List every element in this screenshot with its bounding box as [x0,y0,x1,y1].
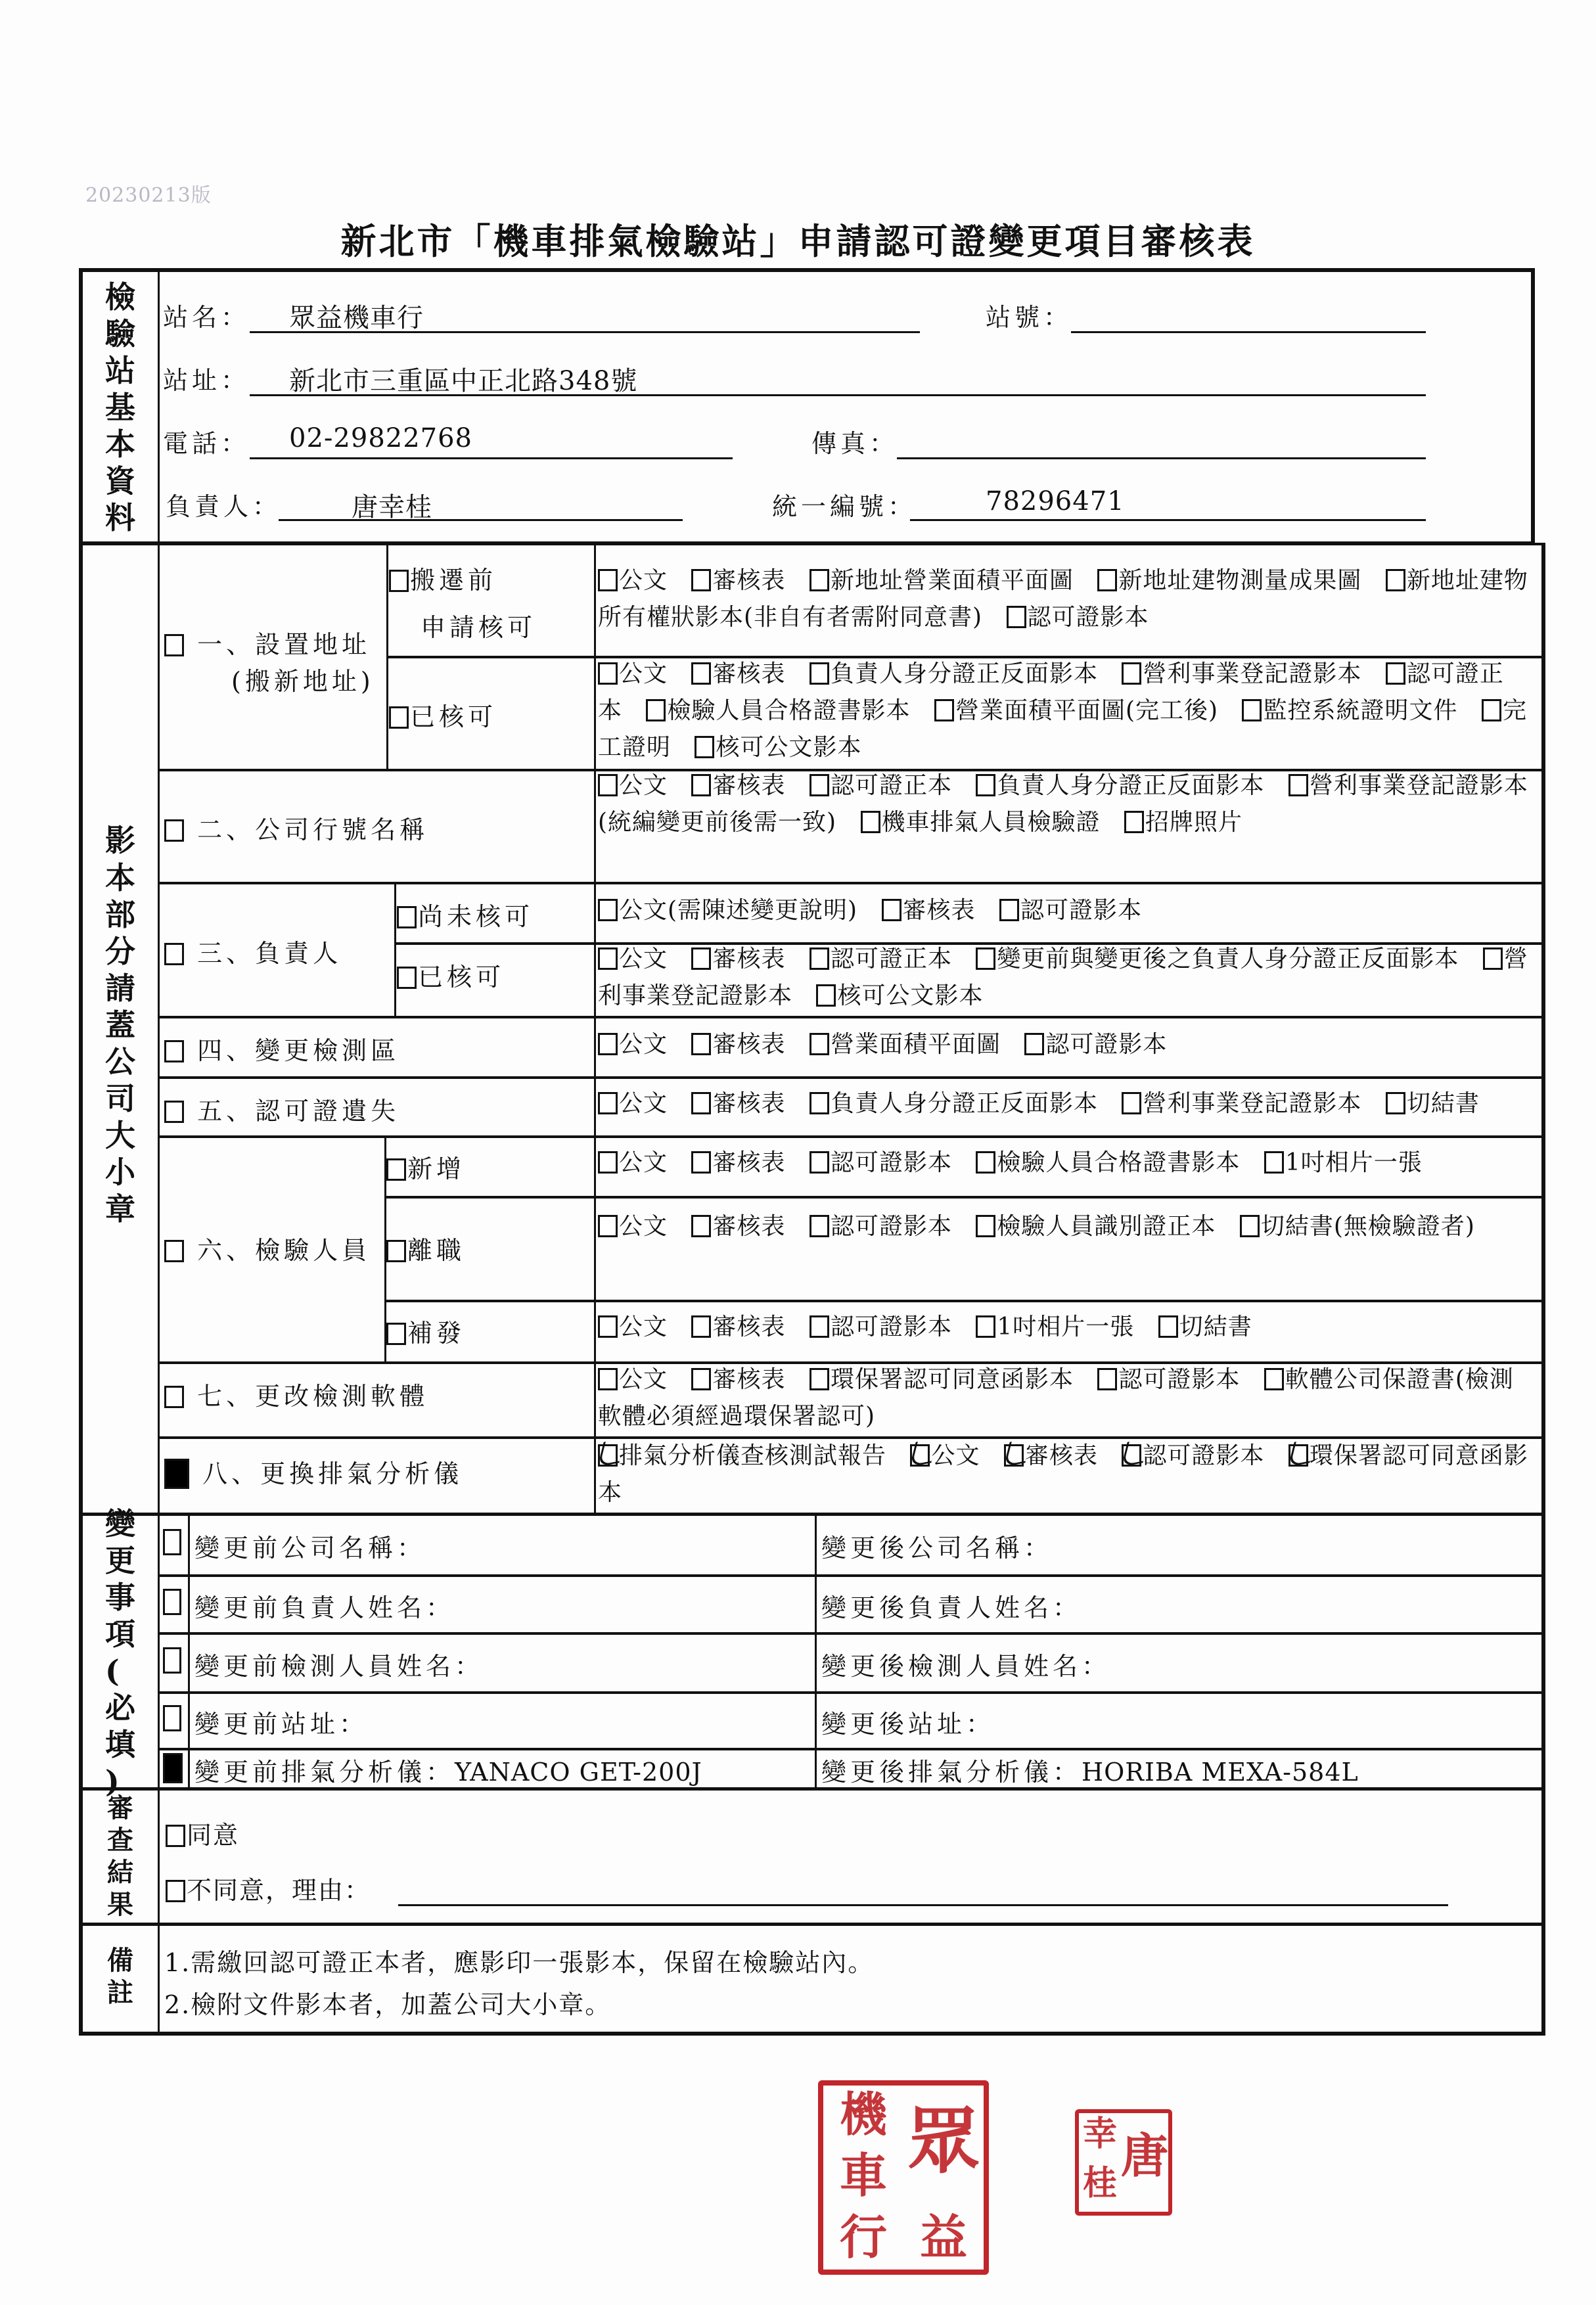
checkbox-icon[interactable] [598,774,618,796]
change-before-label: 變更前負責人姓名： [194,1593,455,1622]
doc-checklist-label: 變更前與變更後之負責人身分證正反面影本 [997,946,1459,972]
vertical-label-char: 結 [107,1857,133,1889]
sub-3a[interactable]: 尚未核可 [397,896,534,932]
doc-checklist-label: 認可證影本 [1045,1031,1167,1058]
doc-checklist-item[interactable]: 招牌照片 [1124,809,1243,836]
checkbox-icon[interactable] [691,947,711,970]
checkbox-icon[interactable] [598,1215,618,1237]
item-2-company-name[interactable]: 二、公司行號名稱 [164,810,428,846]
doc-checklist-item[interactable]: 公文 [598,1213,668,1240]
checkbox-icon[interactable] [1483,947,1503,970]
doc-checklist-item[interactable]: 公文 [598,660,668,687]
change-before-field[interactable]: 變更前檢測人員姓名： [194,1646,484,1682]
change-before-label: 變更前檢測人員姓名： [194,1652,484,1681]
doc-checklist-item[interactable]: 審核表 [691,1366,785,1393]
sub-6c-checkbox[interactable] [386,1323,406,1345]
doc-checklist-label: 審核表 [712,772,785,799]
vertical-label-char: 司 [105,1080,135,1117]
sub-6b[interactable]: 離職 [386,1230,465,1266]
doc-checklist-label: 認可證影本 [831,1213,952,1240]
vertical-label-char: 事 [105,1579,135,1616]
phone-field[interactable]: 02-29822768 [289,423,472,453]
doc-checklist-label: 公文 [619,772,668,799]
checkbox-icon[interactable] [809,1092,829,1114]
doc-checklist-label: 公文(需陳述變更說明) [619,897,857,924]
doc-checklist-item[interactable]: 公文(需陳述變更說明) [598,897,857,924]
checkbox-icon[interactable] [691,1368,711,1390]
doc-checklist-label: 營利事業登記證影本 [1143,660,1361,687]
change-after-value[interactable]: HORIBA MEXA-584L [1082,1758,1359,1787]
doc-checklist-label: 營業面積平面圖(完工後) [955,697,1218,724]
checkbox-icon[interactable] [1264,1151,1284,1174]
owner-label: 負責人： [166,486,281,522]
vertical-label-char: 填 [105,1726,135,1763]
vertical-label-char: 基 [105,389,135,426]
checkbox-icon[interactable] [1124,811,1144,833]
doc-checklist-item[interactable]: 切結書 [1158,1313,1252,1340]
disagree-option[interactable]: 不同意，理由： [166,1870,371,1906]
item-2-checkbox[interactable] [164,819,184,842]
tax-id-field[interactable]: 78296471 [986,486,1125,516]
owner-field[interactable]: 唐幸桂 [352,486,432,524]
checkbox-icon[interactable] [598,662,618,685]
doc-checklist-label: 公文 [619,1149,668,1176]
doc-checklist-item[interactable]: 1吋相片一張 [976,1313,1134,1340]
item-4-checkbox[interactable] [164,1040,184,1062]
doc-checklist-item[interactable]: 負責人身分證正反面影本 [809,660,1098,687]
agree-checkbox[interactable] [166,1825,185,1847]
checkbox-icon[interactable] [809,774,829,796]
change-row-checkbox[interactable] [163,1529,181,1555]
address-label: 站址： [163,360,250,396]
doc-checklist-label: 認可證影本 [1028,604,1149,631]
checkbox-icon[interactable] [809,1033,829,1055]
item-3-owner[interactable]: 三、負責人 [164,933,342,969]
change-before-field[interactable]: 變更前公司名稱： [194,1528,426,1564]
doc-checklist-label: 公文 [619,946,668,972]
doc-checklist-label: 審核表 [712,1090,785,1117]
checkbox-icon[interactable] [976,947,995,970]
change-row-checkbox[interactable] [163,1705,181,1731]
vertical-label-char: 公 [105,1043,135,1080]
checkbox-icon[interactable] [1122,662,1141,685]
checkbox-icon[interactable] [861,811,880,833]
item-1-checkbox[interactable] [164,634,184,656]
vertical-label-char: 資 [105,463,135,499]
doc-checklist-item[interactable]: 變更前與變更後之負責人身分證正反面影本 [976,946,1459,972]
change-before-label: 變更前公司名稱： [194,1534,426,1563]
checkbox-icon[interactable] [691,1215,711,1237]
checkbox-icon[interactable] [646,699,666,721]
checkbox-icon[interactable] [691,1092,711,1114]
checkbox-icon[interactable] [1158,1315,1178,1338]
doc-checklist-item[interactable]: 新地址營業面積平面圖 [809,567,1074,594]
checkbox-checked-icon[interactable] [1288,1444,1308,1467]
doc-checklist-item[interactable]: 認可證影本 [1122,1442,1264,1469]
change-after-label: 變更後檢測人員姓名： [821,1652,1110,1681]
item-8-docs: 排氣分析儀查核測試報告 公文 審核表 認可證影本 環保署認可同意函影本 [598,1438,1538,1511]
item-7-checkbox[interactable] [164,1386,184,1408]
doc-checklist-label: 切結書 [1179,1313,1252,1340]
note-2: 2.檢附文件影本者，加蓋公司大小章。 [164,1984,611,2020]
doc-checklist-label: 公文 [619,1313,668,1340]
copies-label: 影本部分請蓋公司大小章 [83,815,158,1235]
doc-checklist-item[interactable]: 公文 [598,1149,668,1176]
checkbox-icon[interactable] [598,1315,618,1338]
checkbox-icon[interactable] [1264,1368,1284,1390]
doc-checklist-label: 核可公文影本 [716,734,861,761]
change-before-field[interactable]: 變更前負責人姓名： [194,1587,455,1624]
owner-seal-stamp: 幸桂唐 [1075,2109,1172,2216]
doc-checklist-item[interactable]: 認可證影本 [1007,604,1149,631]
doc-checklist-item[interactable]: 公文 [598,1313,668,1340]
seal-char: 眾 [903,2086,984,2208]
doc-checklist-item[interactable]: 機車排氣人員檢驗證 [861,809,1101,836]
doc-checklist-label: 招牌照片 [1145,809,1243,836]
item-3b-docs: 公文 審核表 認可證正本 變更前與變更後之負責人身分證正反面影本 營利事業登記證… [598,941,1538,1015]
doc-checklist-label: 新地址營業面積平面圖 [831,567,1074,594]
doc-checklist-label: 機車排氣人員檢驗證 [882,809,1101,836]
item-3-checkbox[interactable] [164,943,184,965]
doc-checklist-item[interactable]: 監控系統證明文件 [1242,697,1457,724]
agree-option[interactable]: 同意 [166,1815,239,1851]
doc-checklist-item[interactable]: 認可證影本 [809,1149,952,1176]
change-before-label: 變更前站址： [194,1710,368,1739]
doc-checklist-label: 審核表 [1025,1442,1098,1469]
doc-checklist-item[interactable]: 審核表 [691,946,785,972]
note-1: 1.需繳回認可證正本者，應影印一張影本，保留在檢驗站內。 [164,1942,874,1978]
seal-char: 行 [823,2208,903,2270]
checkbox-icon[interactable] [1007,606,1026,628]
doc-checklist-label: 營業面積平面圖 [831,1031,1001,1058]
checkbox-icon[interactable] [691,1033,711,1055]
doc-checklist-label: 審核表 [712,946,785,972]
doc-checklist-label: 核可公文影本 [837,982,983,1009]
item-6c-docs: 公文 審核表 認可證影本 1吋相片一張 切結書 [598,1309,1268,1346]
checkbox-icon[interactable] [598,1092,618,1114]
checkbox-icon[interactable] [691,662,711,685]
item-1-address[interactable]: 一、設置地址 [164,624,371,660]
vertical-label-char: 分 [105,933,135,970]
item-3a-docs: 公文(需陳述變更說明) 審核表 認可證影本 [598,892,1538,929]
sub-3b[interactable]: 已核可 [397,957,505,993]
vertical-label-char: 檢 [105,279,135,315]
sub-1a-checkbox[interactable] [389,570,409,592]
doc-checklist-item[interactable]: 檢驗人員合格證書影本 [976,1149,1240,1176]
change-row-checkbox[interactable] [163,1753,183,1783]
vertical-label-char: 果 [107,1889,133,1921]
checkbox-icon[interactable] [976,1151,995,1174]
checkbox-icon[interactable] [691,1151,711,1174]
review-label: 審查結果 [83,1792,158,1921]
doc-checklist-item[interactable]: 公文 [598,946,668,972]
sub-6a-checkbox[interactable] [386,1158,406,1181]
item-1-sublabel: (搬新地址) [231,661,375,697]
doc-checklist-item[interactable]: 營利事業登記證影本 [1122,660,1361,687]
doc-checklist-item[interactable]: 核可公文影本 [695,734,861,761]
page-title: 新北市「機車排氣檢驗站」申請認可證變更項目審核表 [0,214,1596,264]
checkbox-icon[interactable] [1122,1092,1141,1114]
checkbox-icon[interactable] [1386,1092,1405,1114]
doc-checklist-label: 公文 [619,660,668,687]
vertical-label-char: 大 [105,1117,135,1154]
doc-checklist-item[interactable]: 公文 [598,1031,668,1058]
doc-checklist-item[interactable]: 核可公文影本 [816,982,983,1009]
doc-checklist-item[interactable]: 審核表 [691,1149,785,1176]
doc-checklist-label: 切結書 [1407,1090,1480,1117]
phone-label: 電話： [163,423,250,459]
checkbox-icon[interactable] [976,1215,995,1237]
sub-6a[interactable]: 新增 [386,1149,465,1185]
checkbox-icon[interactable] [809,947,829,970]
checkbox-icon[interactable] [999,899,1019,921]
item-6-inspectors[interactable]: 六、檢驗人員 [164,1230,371,1266]
checkbox-icon[interactable] [882,899,901,921]
change-after-label: 變更後負責人姓名： [821,1593,1082,1622]
checkbox-icon[interactable] [976,1315,995,1338]
checkbox-icon[interactable] [1288,774,1308,796]
vertical-label-char: 必 [105,1689,135,1726]
company-seal-stamp: 機車行眾益 [818,2080,989,2275]
checkbox-icon[interactable] [934,699,954,721]
item-1b-docs: 公文 審核表 負責人身分證正反面影本 營利事業登記證影本 認可證正本 檢驗人員合… [598,656,1538,766]
sub-6b-checkbox[interactable] [386,1240,406,1262]
checkbox-icon[interactable] [809,1368,829,1390]
checkbox-icon[interactable] [695,736,714,758]
vertical-label-char: 本 [105,859,135,896]
checkbox-icon[interactable] [809,569,829,591]
doc-checklist-label: 認可證影本 [1143,1442,1264,1469]
checkbox-icon[interactable] [1386,662,1405,685]
item-6b-docs: 公文 審核表 認可證影本 檢驗人員識別證正本 切結書(無檢驗證者) [598,1204,1538,1250]
doc-checklist-item[interactable]: 認可證影本 [809,1313,952,1340]
item-7-docs: 公文 審核表 環保署認可同意函影本 認可證影本 軟體公司保證書(檢測軟體必須經過… [598,1361,1538,1435]
doc-checklist-label: 公文 [619,1366,668,1393]
checkbox-icon[interactable] [816,984,836,1007]
doc-checklist-item[interactable]: 切結書(無檢驗證者) [1240,1213,1475,1240]
change-before-value[interactable]: YANACO GET-200J [455,1758,702,1787]
doc-checklist-item[interactable]: 認可證影本 [1097,1366,1240,1393]
doc-checklist-label: 公文 [619,567,668,594]
doc-checklist-item[interactable]: 營利事業登記證影本 [1122,1090,1361,1117]
doc-checklist-label: 1吋相片一張 [997,1313,1134,1340]
station-name-field[interactable]: 眾益機車行 [289,297,424,334]
seal-char: 桂 [1079,2162,1121,2212]
doc-checklist-label: 排氣分析儀查核測試報告 [619,1442,886,1469]
doc-checklist-item[interactable]: 排氣分析儀查核測試報告 [598,1442,886,1469]
sub-3a-checkbox[interactable] [397,906,417,928]
checkbox-checked-icon[interactable] [1004,1444,1024,1467]
item-5-checkbox[interactable] [164,1101,184,1123]
checkbox-icon[interactable] [598,899,618,921]
doc-checklist-item[interactable]: 新地址建物測量成果圖 [1097,567,1361,594]
sub-1a-line2: 申請核可 [421,607,536,643]
vertical-label-char: 料 [105,499,135,536]
doc-checklist-label: 檢驗人員合格證書影本 [667,697,910,724]
sub-1a[interactable]: 搬遷前 [389,560,497,596]
item-6-checkbox[interactable] [164,1240,184,1262]
doc-checklist-item[interactable]: 審核表 [691,567,785,594]
doc-checklist-item[interactable]: 認可證正本 [809,772,952,799]
item-2-docs: 公文 審核表 認可證正本 負責人身分證正反面影本 營利事業登記證影本(統編變更前… [598,767,1538,841]
doc-checklist-label: 檢驗人員識別證正本 [997,1213,1216,1240]
doc-checklist-label: 審核表 [712,567,785,594]
checkbox-icon[interactable] [1097,569,1117,591]
disagree-checkbox[interactable] [166,1880,185,1902]
doc-checklist-item[interactable]: 審核表 [691,1090,785,1117]
doc-checklist-label: 1吋相片一張 [1285,1149,1423,1176]
change-after-field[interactable]: 變更後公司名稱： [821,1528,1053,1564]
sub-3b-checkbox[interactable] [397,967,417,989]
checkbox-icon[interactable] [691,774,711,796]
change-after-field[interactable]: 變更後檢測人員姓名： [821,1646,1110,1682]
checkbox-icon[interactable] [809,1215,829,1237]
vertical-label-char: 項 [105,1616,135,1653]
doc-checklist-item[interactable]: 公文 [598,1366,668,1393]
doc-checklist-item[interactable]: 審核表 [882,897,976,924]
item-5-cert-lost[interactable]: 五、認可證遺失 [164,1091,399,1127]
basic-info-label: 檢驗站基本資料 [83,272,158,543]
doc-checklist-item[interactable]: 認可證影本 [809,1213,952,1240]
checkbox-checked-icon[interactable] [1122,1444,1141,1467]
doc-checklist-label: 公文 [619,1031,668,1058]
doc-checklist-label: 新地址建物測量成果圖 [1118,567,1361,594]
station-name-label: 站名： [163,297,250,333]
doc-checklist-label: 認可證影本 [831,1149,952,1176]
item-8-analyzer[interactable]: 八、更換排氣分析儀 [164,1453,463,1490]
vertical-label-char: 審 [107,1792,133,1825]
doc-checklist-item[interactable]: 檢驗人員識別證正本 [976,1213,1216,1240]
doc-checklist-label: 監控系統證明文件 [1263,697,1457,724]
vertical-label-char: 部 [105,896,135,933]
vertical-label-char: 更 [105,1542,135,1579]
sub-1b-checkbox[interactable] [389,706,409,729]
checkbox-icon[interactable] [809,1315,829,1338]
vertical-label-char: 蓋 [105,1007,135,1043]
doc-checklist-item[interactable]: 認可證正本 [809,946,952,972]
doc-checklist-label: 審核表 [712,1313,785,1340]
doc-checklist-label: 認可證正本 [831,772,952,799]
doc-checklist-item[interactable]: 營業面積平面圖 [809,1031,1001,1058]
item-7-software[interactable]: 七、更改檢測軟體 [164,1376,428,1412]
doc-checklist-item[interactable]: 審核表 [691,660,785,687]
doc-checklist-label: 公文 [619,1213,668,1240]
doc-checklist-item[interactable]: 公文 [598,567,668,594]
doc-checklist-item[interactable]: 切結書 [1386,1090,1480,1117]
checkbox-icon[interactable] [1482,699,1501,721]
change-row-checkbox[interactable] [163,1589,181,1615]
vertical-label-char: 變 [105,1505,135,1542]
change-after-label: 變更後排氣分析儀： [821,1758,1082,1787]
seal-char: 益 [903,2208,984,2270]
doc-checklist-label: 認可證影本 [1020,897,1142,924]
checkbox-icon[interactable] [809,662,829,685]
notes-label: 備註 [83,1928,158,2026]
doc-checklist-label: 認可證影本 [1118,1366,1240,1393]
doc-checklist-item[interactable]: 公文 [598,772,668,799]
checkbox-icon[interactable] [976,774,995,796]
item-8-checkbox-checked[interactable] [164,1459,189,1489]
fax-label: 傳真： [811,423,898,459]
item-4-test-area[interactable]: 四、變更檢測區 [164,1030,399,1066]
checkbox-icon[interactable] [598,1368,618,1390]
change-before-field[interactable]: 變更前站址： [194,1704,368,1740]
doc-checklist-item[interactable]: 環保署認可同意函影本 [809,1366,1074,1393]
doc-checklist-item[interactable]: 認可證影本 [999,897,1142,924]
change-after-field[interactable]: 變更後負責人姓名： [821,1587,1082,1624]
doc-checklist-item[interactable]: 公文 [910,1442,980,1469]
vertical-label-char: 驗 [105,315,135,352]
doc-checklist-item[interactable]: 審核表 [691,772,785,799]
item-5-docs: 公文 審核表 負責人身分證正反面影本 營利事業登記證影本 切結書 [598,1085,1495,1122]
checkbox-icon[interactable] [1242,699,1262,721]
checkbox-icon[interactable] [1386,569,1405,591]
change-after-label: 變更後站址： [821,1710,995,1739]
item-4-docs: 公文 審核表 營業面積平面圖 認可證影本 [598,1026,1183,1063]
doc-checklist-item[interactable]: 檢驗人員合格證書影本 [646,697,910,724]
checkbox-icon[interactable] [809,1151,829,1174]
checkbox-checked-icon[interactable] [910,1444,930,1467]
checkbox-icon[interactable] [598,1151,618,1174]
change-row-checkbox[interactable] [163,1647,181,1674]
doc-checklist-label: 切結書(無檢驗證者) [1261,1213,1475,1240]
checkbox-checked-icon[interactable] [598,1444,618,1467]
seal-char: 車 [823,2147,903,2208]
sub-1b[interactable]: 已核可 [389,696,497,733]
doc-checklist-item[interactable]: 審核表 [691,1031,785,1058]
doc-checklist-item[interactable]: 1吋相片一張 [1264,1149,1423,1176]
vertical-label-char: 小 [105,1154,135,1191]
doc-checklist-item[interactable]: 認可證影本 [1024,1031,1167,1058]
checkbox-icon[interactable] [691,1315,711,1338]
doc-checklist-item[interactable]: 審核表 [1004,1442,1098,1469]
address-field[interactable]: 新北市三重區中正北路348號 [289,360,637,398]
doc-checklist-label: 負責人身分證正反面影本 [831,1090,1098,1117]
change-after-field[interactable]: 變更後排氣分析儀：HORIBA MEXA-584L [821,1752,1359,1788]
checkbox-icon[interactable] [598,947,618,970]
change-before-field[interactable]: 變更前排氣分析儀：YANACO GET-200J [194,1752,702,1788]
vertical-label-char: 請 [105,970,135,1007]
checkbox-icon[interactable] [598,569,618,591]
doc-checklist-label: 公文 [619,1090,668,1117]
doc-checklist-label: 審核表 [712,1149,785,1176]
checkbox-icon[interactable] [691,569,711,591]
item-1a-docs: 公文 審核表 新地址營業面積平面圖 新地址建物測量成果圖 新地址建物所有權狀影本… [598,562,1538,636]
doc-checklist-label: 審核表 [903,897,976,924]
checkbox-icon[interactable] [1097,1368,1117,1390]
doc-checklist-label: 負責人身分證正反面影本 [831,660,1098,687]
version-label: 20230213版 [85,179,212,208]
checkbox-icon[interactable] [598,1033,618,1055]
doc-checklist-item[interactable]: 審核表 [691,1213,785,1240]
checkbox-icon[interactable] [1240,1215,1260,1237]
sub-6c[interactable]: 補發 [386,1313,465,1349]
checkbox-icon[interactable] [1024,1033,1044,1055]
doc-checklist-label: 公文 [931,1442,980,1469]
doc-checklist-item[interactable]: 負責人身分證正反面影本 [976,772,1264,799]
item-6a-docs: 公文 審核表 認可證影本 檢驗人員合格證書影本 1吋相片一張 [598,1145,1438,1181]
vertical-label-char: 備 [107,1945,133,1977]
vertical-label-char: 本 [105,426,135,463]
doc-checklist-item[interactable]: 公文 [598,1090,668,1117]
vertical-label-char: 影 [105,822,135,859]
doc-checklist-item[interactable]: 營業面積平面圖(完工後) [934,697,1218,724]
doc-checklist-item[interactable]: 負責人身分證正反面影本 [809,1090,1098,1117]
change-after-field[interactable]: 變更後站址： [821,1704,995,1740]
doc-checklist-item[interactable]: 審核表 [691,1313,785,1340]
seal-char: 機 [823,2086,903,2147]
change-before-label: 變更前排氣分析儀： [194,1758,455,1787]
